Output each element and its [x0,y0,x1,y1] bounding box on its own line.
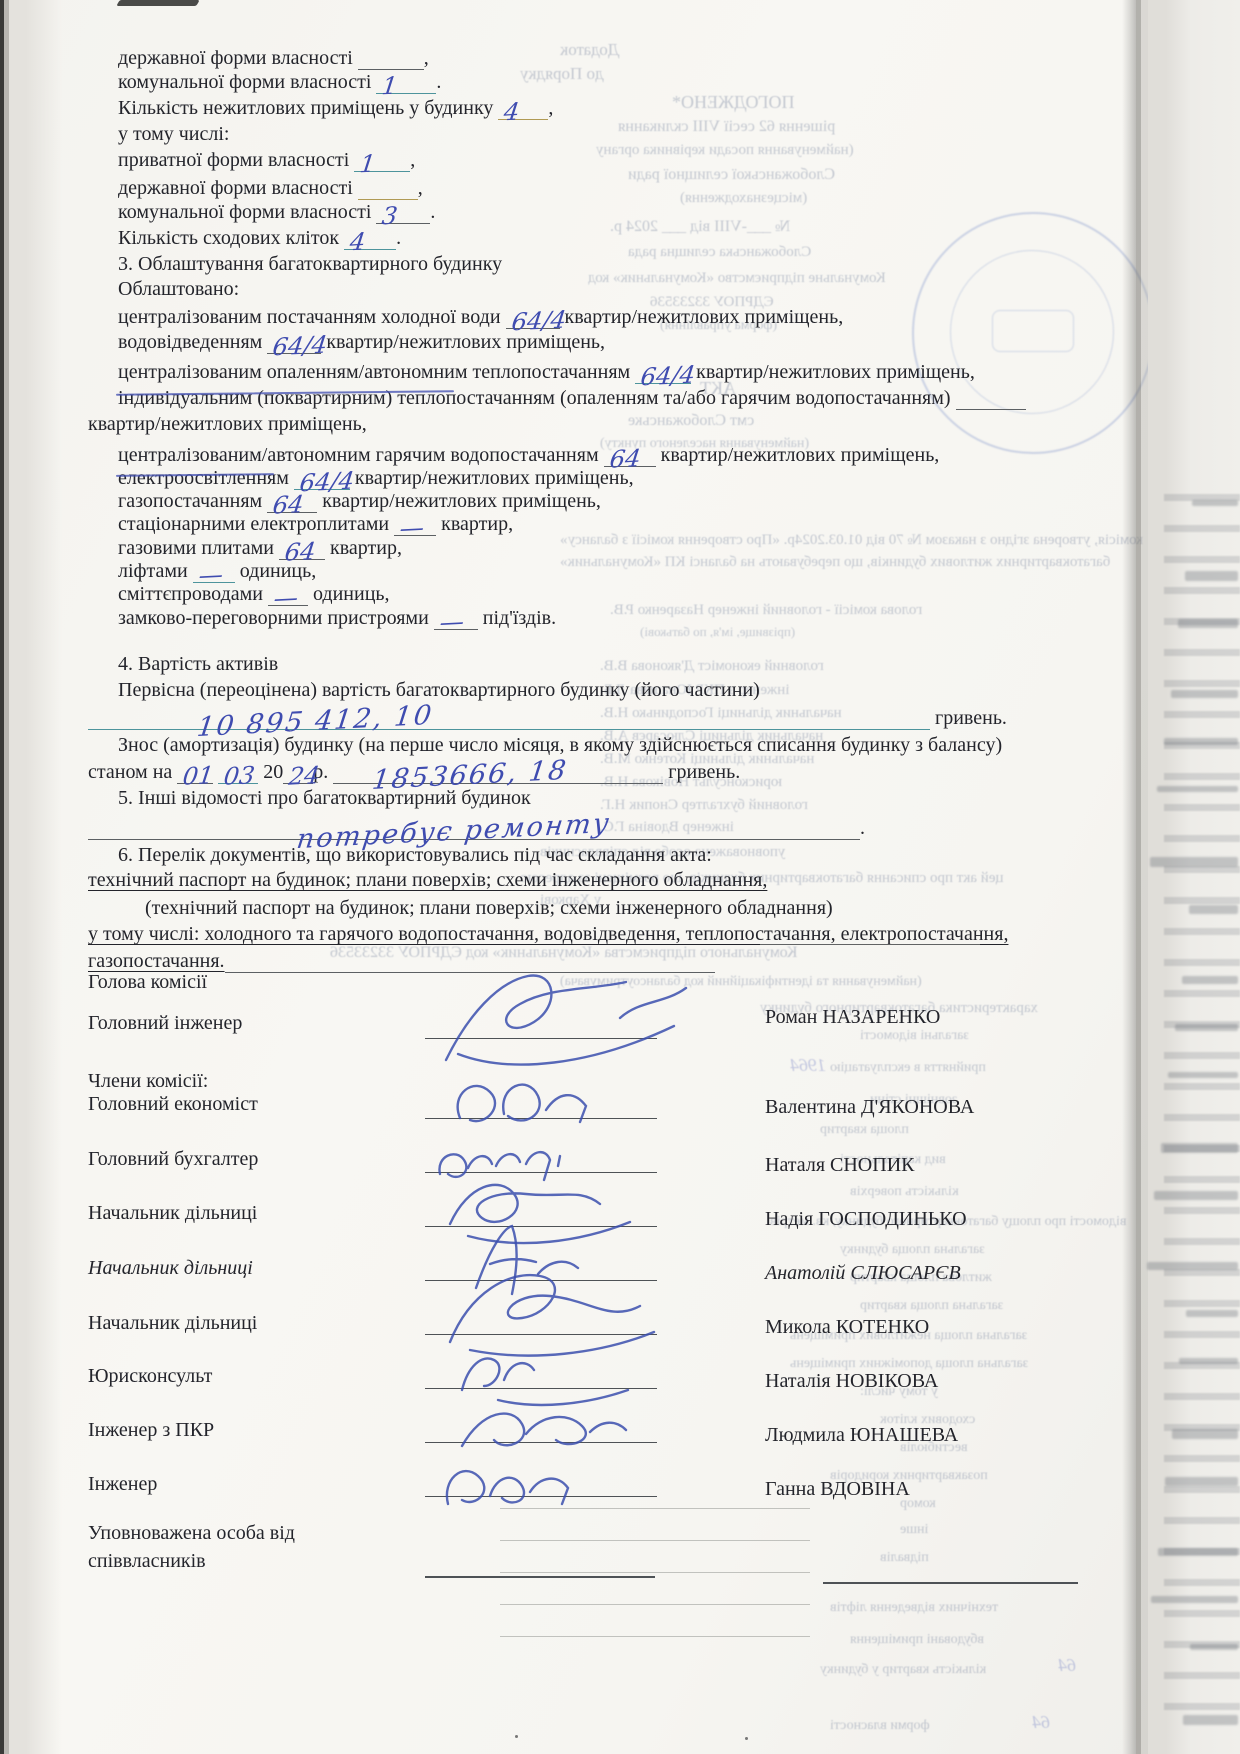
signature-line [425,1038,657,1039]
document-list-note: (технічний паспорт на будинок; плани пов… [145,897,833,919]
form-blank: 1853666, 18 [333,763,663,784]
ghost-text-line: прийняття в експлуатацію [830,1060,986,1076]
ghost-rule [500,1540,810,1541]
utility-line: газовими плитами 64 квартир, [118,536,402,560]
ghost-text-line: смт Слобожанське [628,412,754,430]
page-edge-text-smudge [1179,1358,1238,1364]
section6-doc-line3: у тому числі: холодного та гарячого водо… [88,922,1008,946]
field-suffix: . [396,227,401,249]
ghost-handwriting: 64 [1058,1655,1076,1676]
commission-role-label: Головний економіст [88,1093,258,1116]
commission-member-name: Валентина Д'ЯКОНОВА [765,1096,974,1119]
commission-role-label: Інженер [88,1473,157,1496]
utility-label: сміттєпроводами [118,583,263,605]
heading: 5. Інші відомості про багатоквартирний б… [118,787,531,809]
utility-suffix: одиниць, [240,560,317,582]
page-edge-text-smudge [1178,619,1238,628]
utility-label: електроосвітленням [118,467,289,489]
ghost-text-line: Комунальне підприємство «Комунальник» ко… [588,270,886,287]
utility-suffix: одиниць, [313,583,390,605]
utility-line: сміттєпроводами — одиниць, [118,582,390,606]
heading: 6. Перелік документів, що використовувал… [118,844,712,866]
utility-line: ліфтами — одиниць, [118,559,316,583]
utility-label: водовідведенням [118,331,262,353]
handwritten-value: 24 [288,766,321,786]
section5-value-line: потребує ремонту. [88,816,865,840]
utility-suffix: квартир/нежитлових приміщень, [355,467,634,489]
document-list-line: технічний паспорт на будинок; плани пове… [88,869,767,891]
currency-label: гривень. [935,707,1007,729]
section4-line1: Первісна (переоцінена) вартість багатокв… [118,678,760,702]
form-blank: 1 [354,151,410,172]
page-edge-text-smudge [1183,1715,1238,1725]
form-blank: — [394,515,436,536]
field-label: державної форми власності [118,47,353,69]
commission-role-label: Начальник дільниці [88,1257,253,1280]
ghost-text-line: кількість поверхів [850,1184,959,1200]
page-edge-text-smudge [1190,1644,1238,1650]
page-edge-text-smudge [1186,1310,1238,1317]
ghost-text-line: комісія, утворена згідно з наказом № 70 … [560,532,1143,549]
intro-field-line: комунальної форми власності 1. [118,70,441,94]
utility-line: газопостачанням 64 квартир/нежитлових пр… [118,489,601,513]
next-page-edge [1136,0,1240,1754]
ghost-text-line: головний економіст Д'яконова В.В. [600,658,824,675]
signature-line [425,1280,657,1281]
form-blank: 1 [376,73,436,94]
handwritten-signature [430,1126,580,1193]
form-blank: 3 [376,203,430,224]
heading: 3. Облаштування багатоквартирного будинк… [118,253,502,275]
utility-suffix: квартир, [441,513,513,535]
ghost-text-line: загальна площа будинку [840,1242,985,1258]
signature-line [425,1496,657,1497]
authorized-person-label: Уповноважена особа від [88,1522,295,1545]
field-label: Кількість нежитлових приміщень у будинку [118,97,493,119]
handwritten-value: 3 [381,207,399,226]
ghost-text-line: Додаток [560,40,619,60]
page-edge-text-smudge [1168,1072,1238,1078]
subheading: Облаштовано: [118,278,239,300]
field-suffix: . [436,71,441,93]
intro-field-line: Кількість сходових кліток 4. [118,226,401,250]
utility-suffix: квартир/нежитлових приміщень, [696,361,975,383]
scan-speck [515,1735,518,1738]
page-edge-text-smudge [1151,1596,1238,1603]
utility-line: квартир/нежитлових приміщень, [88,412,367,436]
utility-label: індивідуальним (поквартирним) теплопоста… [118,387,951,409]
ghost-text-line: кількість квартир у будинку [820,1662,986,1678]
handwritten-signature [438,1330,638,1421]
ghost-rule [760,944,980,945]
commission-member-name: Наталя СНОПИК [765,1154,914,1177]
intro-field-line: приватної форми власності 1, [118,148,415,172]
document-list-line: газопостачання. [88,950,225,972]
field-suffix: , [418,177,423,199]
form-blank: 64 [279,539,325,560]
handwritten-signature [438,1164,648,1259]
signature-line [425,1442,657,1443]
field-suffix: , [424,47,429,69]
utility-label: замково-переговорними пристроями [118,607,429,629]
round-stamp-ghost [912,212,1154,454]
field-label: державної форми власності [118,177,353,199]
intro-field-line: державної форми власності , [118,176,423,200]
utility-line: водовідведенням 64/4 квартир/нежитлових … [118,330,605,354]
utility-label: газопостачанням [118,490,262,512]
handwritten-value: 4 [503,103,521,122]
handwritten-value: 64/4 [640,366,697,387]
signature-line [425,1576,655,1578]
ghost-text-line: ПОГОДЖЕНО* [672,92,794,113]
commission-role-label: Юрисконсульт [88,1365,212,1388]
intro-field-line: комунальної форми власності 3. [118,200,435,224]
signature-line [425,1172,657,1173]
section3-sub: Облаштовано: [118,277,239,301]
form-blank: 64 [267,492,317,513]
form-blank [358,179,418,200]
section6-doc-line1: технічний паспорт на будинок; плани пове… [88,868,767,892]
ghost-text-line: (місцезнаходження) [680,190,807,207]
page-edge-text-smudge [1157,786,1238,792]
field-suffix: , [548,97,553,119]
form-blank: 4 [344,229,396,250]
ghost-text-line: рішення 62 сесії VIII скликання [618,118,835,136]
section3-heading: 3. Облаштування багатоквартирного будинк… [118,252,502,276]
ghost-rule [500,1604,810,1605]
commission-role-label: Начальник дільниці [88,1312,257,1335]
ghost-text-line: загальні відомості [860,1028,969,1044]
signature-line [425,1118,657,1119]
utility-line: централізованим/автономним гарячим водоп… [118,443,939,467]
page-edge-text-smudge [1192,500,1238,506]
page-edge-text-smudge [1182,976,1238,984]
text-line: Первісна (переоцінена) вартість багатокв… [118,679,760,701]
form-blank: 01 [177,763,213,784]
trailing-rule [225,952,715,973]
intro-field-line: у тому числі: [118,122,229,146]
field-suffix: , [410,149,415,171]
ghost-text-line: інше [900,1522,928,1538]
handwritten-signature [430,1262,670,1371]
section4-heading: 4. Вартість активів [118,652,278,676]
page-edge-text-smudge [1189,905,1238,914]
utility-suffix: квартир/нежитлових приміщень, [661,444,940,466]
text-line: . [860,817,865,839]
handwritten-value: 1 [359,155,377,174]
utility-label: ліфтами [118,560,188,582]
form-blank: 03 [218,763,258,784]
signature-line [425,1388,657,1389]
commission-role-label: Головний інженер [88,1012,242,1035]
form-blank: 64/4 [267,333,321,354]
ghost-text-line: головний бухгалтер Снопик Н.Г. [600,797,808,814]
ghost-handwriting: 1964 [790,1055,826,1076]
ghost-text-line: підвалів [880,1550,929,1566]
field-label: комунальної форми власності [118,71,371,93]
section6-doc-line2: (технічний паспорт на будинок; плани пов… [145,896,833,920]
utility-label: стаціонарними електроплитами [118,513,389,535]
page-edge-text-smudge [1165,1477,1238,1486]
utility-line: централізованим опаленням/автономним теп… [118,360,975,384]
ghost-text-line: загальна площа квартир [860,1298,1003,1314]
section4-line2: Знос (амортизація) будинку (на перше чис… [118,733,1002,757]
ghost-rule [500,1572,810,1573]
ghost-text-line: (найменування посади керівника органу [596,142,854,159]
page-edge-text-smudge [1150,857,1238,867]
page-edge-text-smudge [1171,690,1238,698]
utility-line: стаціонарними електроплитами — квартир, [118,512,513,536]
handwritten-value: — [439,612,465,631]
members-header: Члени комісії: [88,1070,208,1093]
page-edge-text-smudge [1161,1143,1238,1153]
ghost-text-line: площа квартир [820,1122,909,1138]
form-blank: — [193,562,235,583]
text-line: станом на [88,761,172,783]
ghost-text-line: голова комісії - головний інженер Назаре… [610,602,922,619]
utility-suffix: квартир/нежитлових приміщень, [565,306,844,328]
signature-line [823,1582,1078,1584]
form-blank: 64/4 [506,308,560,329]
form-blank: 4 [498,99,548,120]
scanned-document-page: Додатокдо ПорядкуПОГОДЖЕНО*рішення 62 се… [0,0,1240,1754]
page-edge-text-smudge [1164,738,1238,745]
form-blank: — [434,609,478,630]
page-edge-text-smudge [1185,571,1238,581]
ghost-handwriting: 64 [1032,1712,1050,1733]
ghost-text-line: № ___-VIII від ___ 2024 р. [610,218,790,236]
text-line: 20 [263,761,283,783]
document-list-line: у тому числі: холодного та гарячого водо… [88,923,1008,945]
commission-role-label: Головний бухгалтер [88,1148,258,1171]
utility-line: електроосвітленням 64/4 квартир/нежитлов… [118,466,634,490]
utility-line: індивідуальним (поквартирним) теплопоста… [118,386,1026,410]
handwritten-value: 01 [182,766,215,786]
section4-date-line: станом на 01 03 2024р. 1853666, 18 гриве… [88,760,740,784]
utility-label: централізованим постачанням холодної вод… [118,306,501,328]
commission-role-label: Інженер з ПКР [88,1419,214,1442]
ghost-text-line: (найменування та ідентифікаційний код ба… [560,974,922,990]
field-label: комунальної форми власності [118,201,371,223]
intro-field-line: Кількість нежитлових приміщень у будинку… [118,96,553,120]
signature-line [425,1226,657,1227]
utility-label: газовими плитами [118,537,274,559]
utility-label: централізованим/автономним гарячим водоп… [118,444,599,466]
section6-doc-line4: газопостачання. [88,949,715,973]
commission-role-label: Начальник дільниці [88,1202,257,1225]
form-blank: потребує ремонту [88,819,860,840]
handwritten-value: — [273,588,299,607]
heading: 4. Вартість активів [118,653,278,675]
page-fold-shadow [1122,0,1136,1754]
ghost-text-line: Слобожанської селищної ради [628,166,835,184]
handwritten-signature [446,1218,596,1309]
commission-member-name: Роман НАЗАРЕНКО [765,1006,940,1029]
utility-label: централізованим опаленням/автономним теп… [118,361,630,383]
form-blank: — [268,585,308,606]
form-blank [956,389,1026,410]
handwritten-value: — [399,518,425,537]
form-blank [358,49,424,70]
handwritten-signature [430,1446,600,1521]
form-blank: 64 [604,446,656,467]
commission-member-name: Наталія НОВІКОВА [765,1370,938,1393]
intro-field-line: державної форми власності , [118,46,429,70]
section6-heading: 6. Перелік документів, що використовувал… [118,843,712,867]
form-blank: 64/4 [294,469,350,490]
section5-heading: 5. Інші відомості про багатоквартирний б… [118,786,531,810]
signature-line [425,1334,657,1335]
page-edge-text-smudge [1158,1548,1238,1556]
form-blank: 10 895 412, 10 [88,709,930,730]
scan-speck [745,1737,748,1740]
handwritten-value: 64/4 [272,336,329,357]
form-blank: 24 [283,763,313,784]
page-edge-text-smudge [1172,1429,1238,1439]
handwritten-signature [446,1390,642,1467]
handwritten-value: 64/4 [510,311,567,332]
handwritten-signature [446,1066,616,1141]
utility-label: квартир/нежитлових приміщень, [88,413,367,435]
page-edge-text-smudge [1175,1024,1238,1031]
ghost-rule [500,1636,810,1637]
commission-member-name: Людмила ЮНАШЕВА [765,1424,958,1447]
commission-member-name: Микола КОТЕНКО [765,1316,929,1339]
utility-line: централізованим постачанням холодної вод… [118,305,843,329]
commission-role-label: Голова комісії [88,971,207,994]
handwritten-value: 1 [381,77,399,96]
ghost-text-line: технічних відведення ліфтів [830,1600,998,1616]
ghost-text-line: вбудовані приміщення [850,1632,984,1648]
handwritten-value: 03 [223,766,256,786]
utility-suffix: квартир/нежитлових приміщень, [326,331,605,353]
utility-suffix: квартир, [330,537,402,559]
form-blank: 64/4 [635,363,691,384]
page-edge-text-smudge [1147,1262,1238,1270]
utility-line: замково-переговорними пристроями — під'ї… [118,606,556,630]
commission-member-name: Надія ГОСПОДИНЬКО [765,1208,967,1231]
ghost-text-line: багатоквартирних житлових будинків, що п… [560,554,1110,571]
scan-left-edge [0,0,62,1754]
ghost-text-line: (прізвище, ім'я, по батькові) [640,624,795,640]
ghost-rule [500,1508,810,1509]
commission-member-name: Ганна ВДОВІНА [765,1478,910,1501]
page-edge-text-smudge [1154,1191,1238,1200]
section4-value1-line: 10 895 412, 10 гривень. [88,706,1007,730]
field-label: Кількість сходових кліток [118,227,339,249]
field-label: у тому числі: [118,123,229,145]
field-label: приватної форми власності [118,149,349,171]
ghost-text-line: форми власності [830,1718,930,1734]
ghost-text-line: до Порядку [520,64,604,84]
text-line: Знос (амортизація) будинку (на перше чис… [118,734,1002,756]
scan-top-corner-mark [116,0,199,6]
commission-member-name: Анатолій СЛЮСАРЄВ [765,1262,961,1285]
ghost-text-line: Слобожанська селищна рада [628,244,811,261]
handwritten-value: 4 [349,233,367,252]
authorized-person-label: співвласників [88,1550,206,1573]
field-suffix: . [430,201,435,223]
utility-suffix: квартир/нежитлових приміщень, [322,490,601,512]
utility-suffix: під'їздів. [483,607,556,629]
currency-label: гривень. [668,761,740,783]
